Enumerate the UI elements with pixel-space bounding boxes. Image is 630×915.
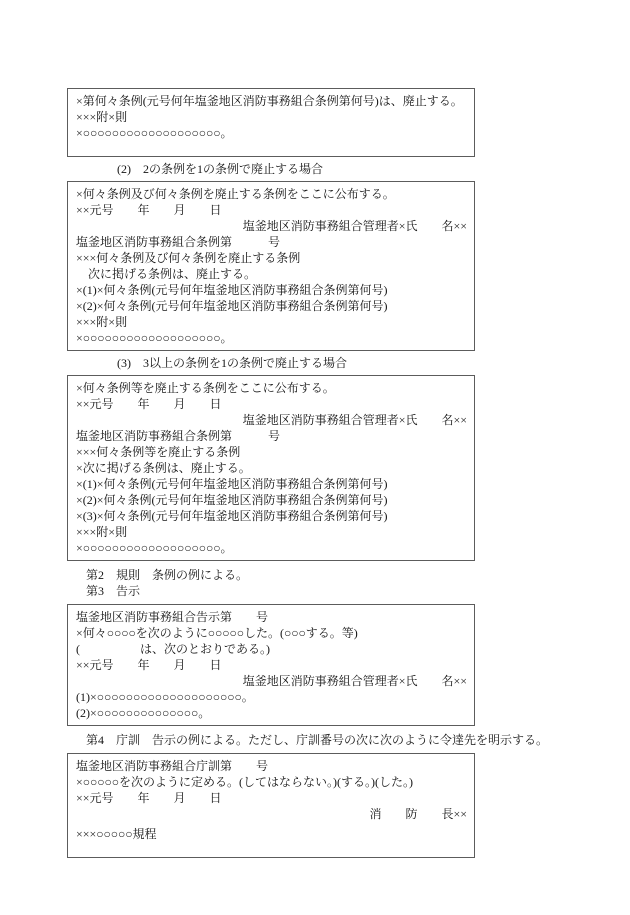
heading-case-2: (2) 2の条例を1の条例で廃止する場合 <box>117 161 630 177</box>
doc-line: ××元号 年 月 日 <box>76 790 467 806</box>
doc-line: ×××何々条例及び何々条例を廃止する条例 <box>76 250 467 266</box>
document-page: ×第何々条例(元号何年塩釜地区消防事務組合条例第何号)は、廃止する。 ×××附×… <box>0 0 630 915</box>
doc-line: ×○○○○○○○○○○○○○○○○○○○。 <box>76 330 467 346</box>
doc-line: 塩釜地区消防事務組合条例第 号 <box>76 428 467 444</box>
doc-line: 次に掲げる条例は、廃止する。 <box>76 266 467 282</box>
doc-line: ×××附×則 <box>76 109 467 125</box>
doc-line: ×(1)×何々条例(元号何年塩釜地区消防事務組合条例第何号) <box>76 282 467 298</box>
box-repeal-two-ordinances: ×何々条例及び何々条例を廃止する条例をここに公布する。 ××元号 年 月 日 塩… <box>67 181 475 351</box>
doc-line: (2)×○○○○○○○○○○○○○○。 <box>76 705 467 721</box>
doc-line: ×(3)×何々条例(元号何年塩釜地区消防事務組合条例第何号) <box>76 508 467 524</box>
box-public-notice: 塩釜地区消防事務組合告示第 号 ×何々○○○○を次のように○○○○○した。(○○… <box>67 604 475 726</box>
box-repeal-multiple-ordinances: ×何々条例等を廃止する条例をここに公布する。 ××元号 年 月 日 塩釜地区消防… <box>67 375 475 561</box>
section-3-notice: 第3 告示 <box>86 583 630 599</box>
box-repeal-single-ordinance: ×第何々条例(元号何年塩釜地区消防事務組合条例第何号)は、廃止する。 ×××附×… <box>67 88 475 157</box>
doc-line: ×××附×則 <box>76 314 467 330</box>
doc-line: ××元号 年 月 日 <box>76 396 467 412</box>
doc-line: ×××附×則 <box>76 524 467 540</box>
document-content: ×第何々条例(元号何年塩釜地区消防事務組合条例第何号)は、廃止する。 ×××附×… <box>0 0 630 858</box>
heading-case-3: (3) 3以上の条例を1の条例で廃止する場合 <box>117 355 630 371</box>
doc-line: ×次に掲げる条例は、廃止する。 <box>76 460 467 476</box>
doc-line: ××元号 年 月 日 <box>76 202 467 218</box>
doc-line: ×(2)×何々条例(元号何年塩釜地区消防事務組合条例第何号) <box>76 492 467 508</box>
doc-line: ×第何々条例(元号何年塩釜地区消防事務組合条例第何号)は、廃止する。 <box>76 93 467 109</box>
doc-line: ××元号 年 月 日 <box>76 657 467 673</box>
doc-line: 塩釜地区消防事務組合庁訓第 号 <box>76 758 467 774</box>
doc-line: ×○○○○○○○○○○○○○○○○○○○。 <box>76 540 467 556</box>
doc-line: ×○○○○○○○○○○○○○○○○○○○。 <box>76 125 467 141</box>
doc-line: ×何々条例等を廃止する条例をここに公布する。 <box>76 380 467 396</box>
doc-line: ×○○○○○を次のように定める。(してはならない。)(する。)(した。) <box>76 774 467 790</box>
doc-line: ( は、次のとおりである。) <box>76 641 467 657</box>
doc-line: ×何々条例及び何々条例を廃止する条例をここに公布する。 <box>76 186 467 202</box>
section-4-agency-order: 第4 庁訓 告示の例による。ただし、庁訓番号の次に次のように令達先を明示する。 <box>86 732 630 748</box>
doc-line: ×××○○○○○規程 <box>76 826 467 842</box>
doc-line-signature: 塩釜地区消防事務組合管理者×氏 名×× <box>76 218 467 234</box>
box-agency-order: 塩釜地区消防事務組合庁訓第 号 ×○○○○○を次のように定める。(してはならない… <box>67 753 475 858</box>
doc-line: ×××何々条例等を廃止する条例 <box>76 444 467 460</box>
doc-line-signature: 消 防 長×× <box>76 806 467 822</box>
section-2-rules: 第2 規則 条例の例による。 <box>86 567 630 583</box>
doc-line: ×(1)×何々条例(元号何年塩釜地区消防事務組合条例第何号) <box>76 476 467 492</box>
doc-line-signature: 塩釜地区消防事務組合管理者×氏 名×× <box>76 673 467 689</box>
doc-line: 塩釜地区消防事務組合条例第 号 <box>76 234 467 250</box>
doc-line: ×(2)×何々条例(元号何年塩釜地区消防事務組合条例第何号) <box>76 298 467 314</box>
doc-line: (1)×○○○○○○○○○○○○○○○○○○○○。 <box>76 689 467 705</box>
doc-line-signature: 塩釜地区消防事務組合管理者×氏 名×× <box>76 412 467 428</box>
doc-line: ×何々○○○○を次のように○○○○○した。(○○○する。等) <box>76 625 467 641</box>
doc-line: 塩釜地区消防事務組合告示第 号 <box>76 609 467 625</box>
